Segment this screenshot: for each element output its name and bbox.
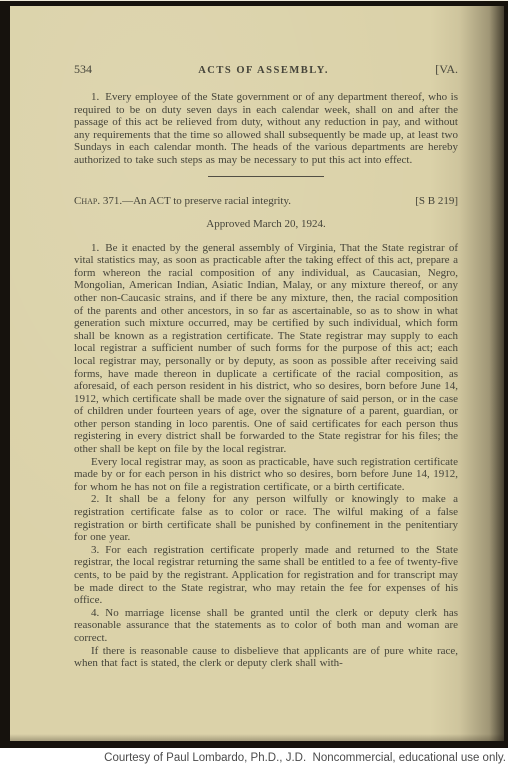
credit-bar: Courtesy of Paul Lombardo, Ph.D., J.D. N… [0, 748, 508, 769]
section-text: Every local registrar may, as soon as pr… [74, 456, 458, 493]
act-section: If there is reasonable cause to disbelie… [74, 645, 458, 670]
section-number: 1. [91, 242, 99, 254]
act-section: 2.It shall be a felony for any person wi… [74, 493, 458, 543]
act-section: 1.Be it enacted by the general assembly … [74, 242, 458, 456]
scanned-document-screenshot: 534 ACTS OF ASSEMBLY. [VA. 1.Every emplo… [0, 0, 508, 769]
credit-text: Courtesy of Paul Lombardo, Ph.D., J.D. N… [104, 752, 508, 764]
chapter-heading: Chap. 371.—An ACT to preserve racial int… [74, 195, 458, 207]
act-section: Every local registrar may, as soon as pr… [74, 456, 458, 494]
section-number: 2. [91, 493, 99, 505]
book-scan: 534 ACTS OF ASSEMBLY. [VA. 1.Every emplo… [0, 0, 508, 748]
volume-label: [VA. [435, 62, 458, 77]
section-text: For each registration certificate proper… [74, 544, 458, 606]
bill-number: [S B 219] [415, 195, 458, 207]
page-number: 534 [74, 62, 92, 77]
section-divider [208, 176, 324, 177]
section-text: Be it enacted by the general assembly of… [74, 242, 458, 456]
running-title: ACTS OF ASSEMBLY. [198, 65, 329, 76]
book-page: 534 ACTS OF ASSEMBLY. [VA. 1.Every emplo… [10, 6, 504, 741]
section-text: It shall be a felony for any person wilf… [74, 493, 458, 543]
page-header: 534 ACTS OF ASSEMBLY. [VA. [74, 62, 458, 77]
chapter-title: Chap. 371.—An ACT to preserve racial int… [74, 195, 291, 207]
section-text: If there is reasonable cause to disbelie… [74, 645, 458, 670]
section-number: 3. [91, 544, 99, 556]
prior-act-paragraph: 1.Every employee of the State government… [74, 91, 458, 167]
chapter-title-text: 371.—An ACT to preserve racial integrity… [103, 195, 291, 207]
act-section: 4.No marriage license shall be granted u… [74, 607, 458, 645]
section-text: No marriage license shall be granted unt… [74, 607, 458, 644]
section-number: 4. [91, 607, 99, 619]
chapter-label: Chap. [74, 195, 100, 207]
paragraph-number: 1. [91, 91, 99, 103]
act-section: 3.For each registration certificate prop… [74, 544, 458, 607]
paragraph-text: Every employee of the State government o… [74, 91, 458, 166]
approval-date: Approved March 20, 1924. [74, 218, 458, 230]
